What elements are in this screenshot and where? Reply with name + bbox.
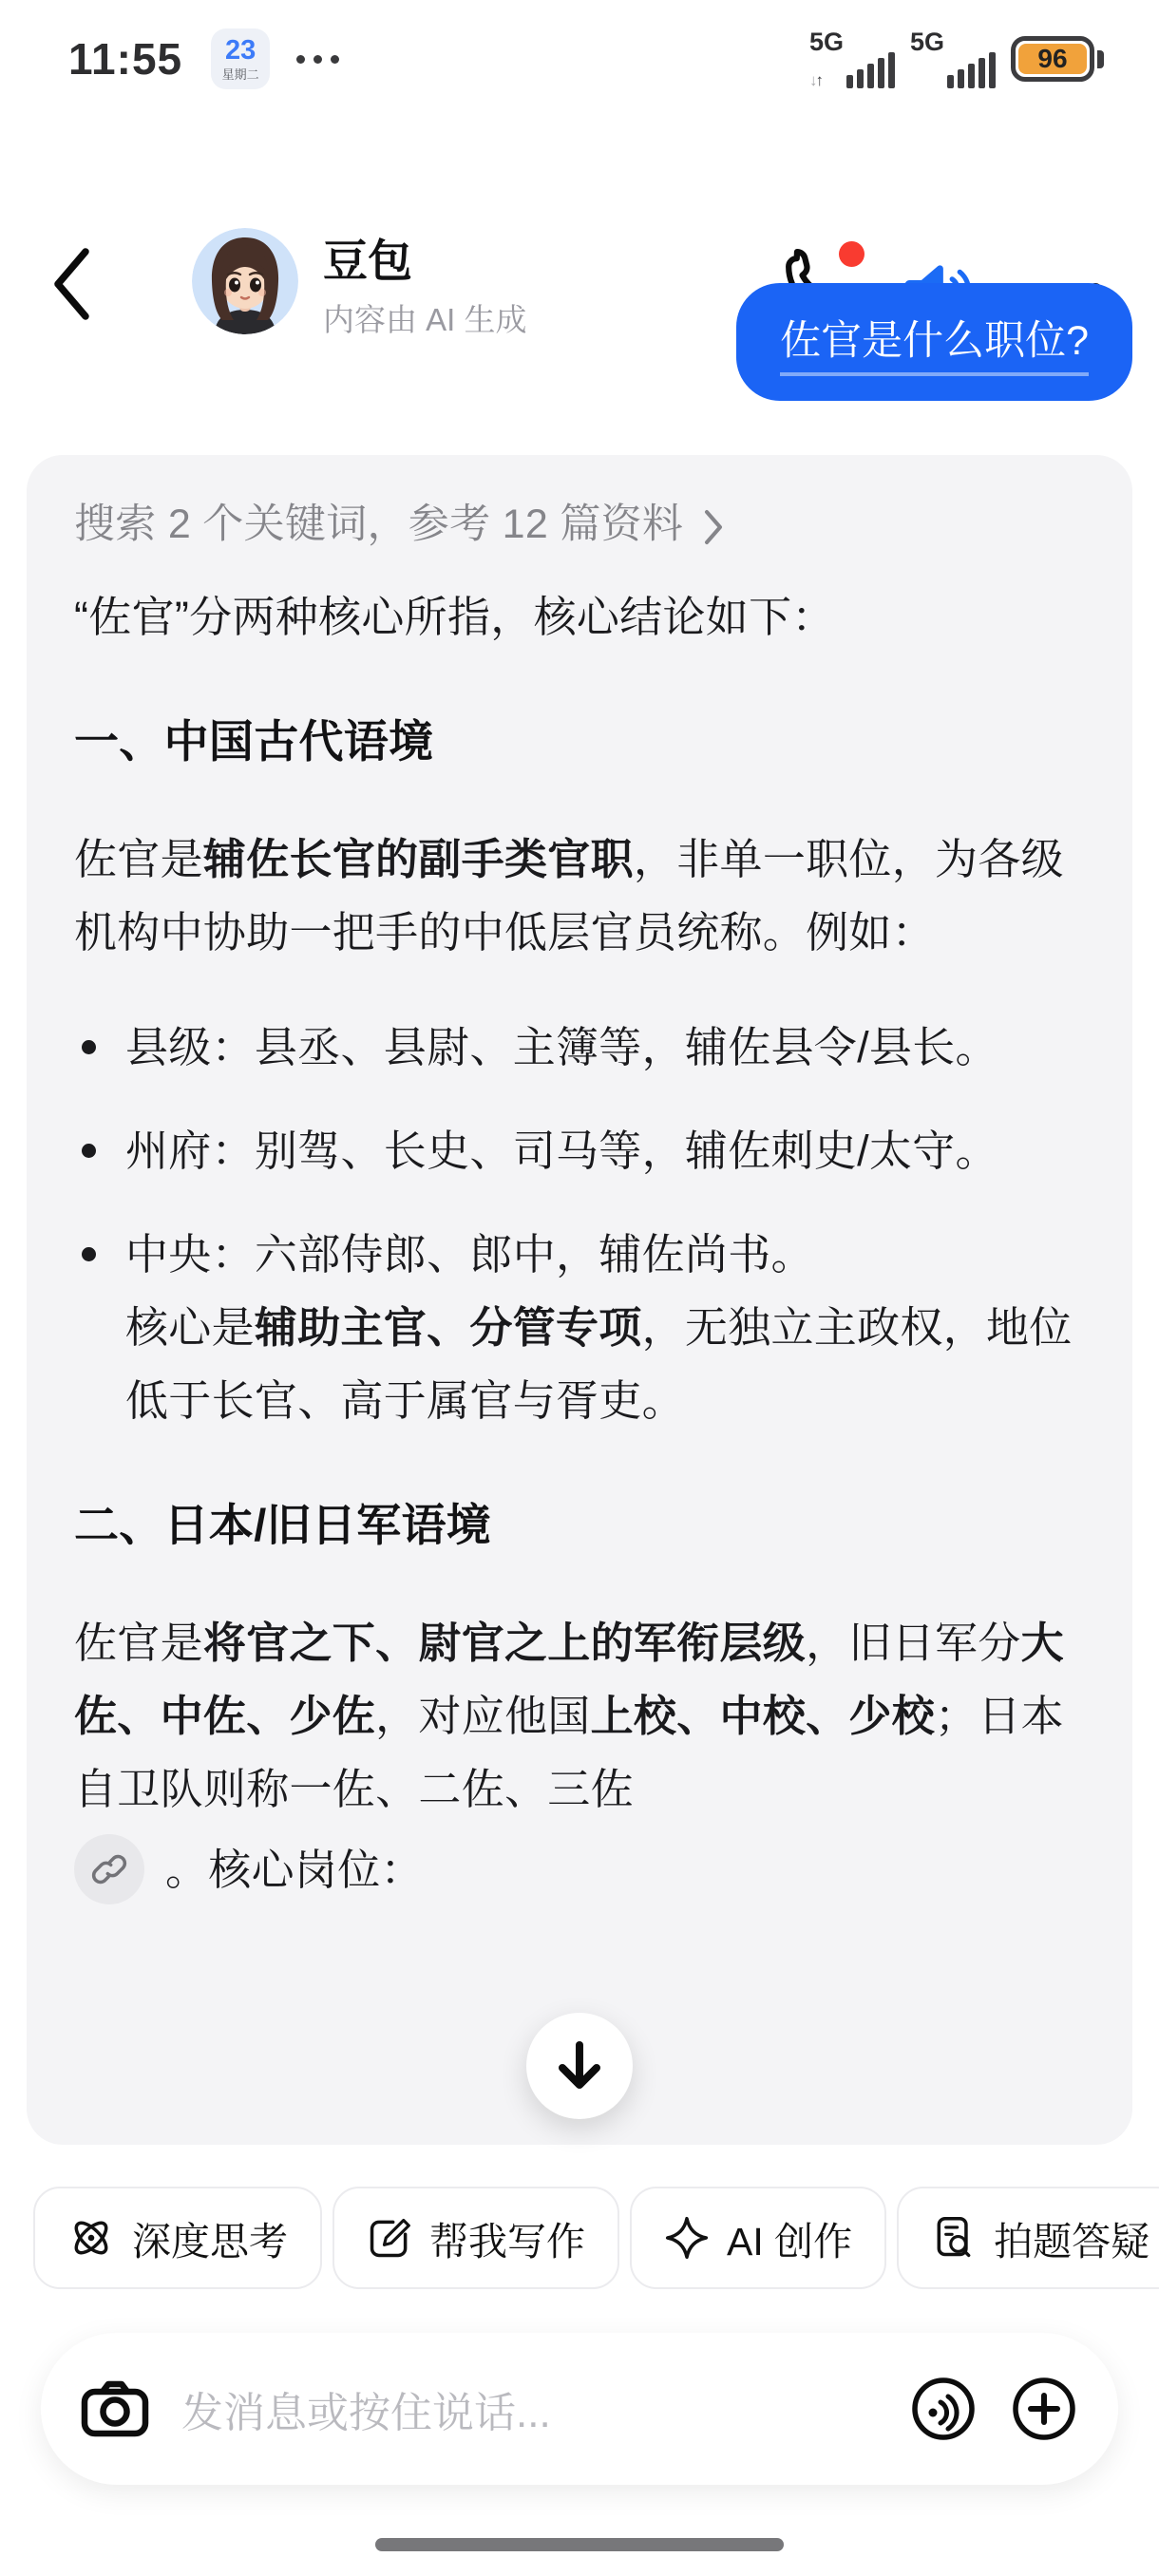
assistant-avatar[interactable] — [192, 228, 298, 334]
user-message-bubble[interactable]: 佐官是什么职位? — [736, 283, 1132, 401]
assistant-name: 豆包 — [323, 236, 527, 287]
chat-header: 豆包 内容由 AI 生成 — [0, 104, 1159, 264]
search-sources-row[interactable]: 搜索 2 个关键词，参考 12 篇资料 — [74, 501, 1085, 550]
voice-wave-icon[interactable] — [909, 2375, 978, 2443]
chip-ai-create[interactable]: AI 创作 — [630, 2187, 886, 2289]
signal-sim1-icon: 5G ↓↑ — [809, 29, 895, 88]
answer-continuation-text: 。核心岗位： — [165, 1833, 424, 1906]
back-chevron-icon — [49, 245, 93, 323]
bullet-list: 县级：县丞、县尉、主簿等，辅佐县令/县长。州府：别驾、长史、司马等，辅佐刺史/太… — [74, 1011, 1085, 1437]
search-summary-text: 搜索 2 个关键词，参考 12 篇资料 — [74, 501, 683, 550]
chip-deep-think[interactable]: 深度思考 — [33, 2187, 322, 2289]
arrow-down-icon — [557, 2039, 602, 2093]
battery-icon: 96 — [1011, 36, 1104, 82]
user-message-text: 佐官是什么职位? — [780, 318, 1089, 376]
scroll-to-bottom-button[interactable] — [526, 2013, 633, 2119]
card-paragraph: 佐官是辅佐长官的副手类官职，非单一职位，为各级机构中协助一把手的中低层官员统称。… — [74, 823, 1085, 969]
scan-doc-icon — [931, 2215, 977, 2261]
plus-icon[interactable] — [1010, 2375, 1078, 2443]
assistant-answer-card: 搜索 2 个关键词，参考 12 篇资料 “佐官”分两种核心所指，核心结论如下：一… — [27, 455, 1132, 2145]
back-button[interactable] — [49, 245, 93, 323]
chevron-right-icon — [704, 509, 725, 545]
quick-actions-row: 深度思考 帮我写作 AI 创作 拍题答疑 — [33, 2187, 1159, 2289]
bullet-item: 中央：六部侍郎、郎中，辅佐尚书。 核心是辅助主官、分管专项，无独立主政权，地位低… — [74, 1218, 1085, 1437]
card-paragraph: “佐官”分两种核心所指，核心结论如下： — [74, 580, 1085, 653]
calendar-weekday: 星期二 — [222, 68, 259, 81]
citation-link-button[interactable] — [74, 1834, 144, 1904]
edit-icon — [367, 2215, 412, 2261]
sim2-5g-label: 5G — [910, 29, 944, 55]
signal-sim2-icon: 5G — [910, 29, 996, 88]
calendar-day: 23 — [225, 37, 256, 65]
more-notifications-icon — [296, 55, 339, 64]
net-up-arrow-icon: ↑ — [815, 71, 822, 89]
bullet-item: 县级：县丞、县尉、主簿等，辅佐县令/县长。 — [74, 1011, 1085, 1084]
section-heading: 一、中国古代语境 — [74, 709, 1085, 775]
message-input-bar[interactable]: 发消息或按住说话... — [41, 2333, 1118, 2485]
chip-label: AI 创作 — [727, 2210, 852, 2266]
link-icon — [90, 1850, 128, 1888]
camera-icon[interactable] — [81, 2379, 149, 2438]
chip-label: 深度思考 — [132, 2210, 288, 2266]
chip-label: 拍题答疑 — [994, 2210, 1149, 2266]
chip-photo-solve[interactable]: 拍题答疑 — [897, 2187, 1159, 2289]
status-bar: 11:55 23 星期二 5G ↓↑ 5G 96 — [0, 0, 1159, 104]
sparkle-icon — [664, 2215, 710, 2261]
atom-icon — [67, 2214, 115, 2262]
chip-label: 帮我写作 — [429, 2210, 585, 2266]
home-indicator[interactable] — [375, 2538, 784, 2551]
card-paragraph: 佐官是将官之下、尉官之上的军衔层级，旧日军分大佐、中佐、少佐，对应他国上校、中校… — [74, 1606, 1085, 1826]
clock: 11:55 — [68, 33, 182, 85]
ai-generated-disclaimer: 内容由 AI 生成 — [323, 295, 527, 340]
answer-body: “佐官”分两种核心所指，核心结论如下：一、中国古代语境佐官是辅佐长官的副手类官职… — [74, 580, 1085, 1826]
call-notification-dot — [839, 241, 864, 267]
battery-percent: 96 — [1037, 44, 1067, 74]
avatar-girl-illustration — [192, 228, 298, 334]
answer-last-line: 。核心岗位： — [74, 1833, 1085, 1906]
bullet-item: 州府：别驾、长史、司马等，辅佐刺史/太守。 — [74, 1114, 1085, 1187]
section-heading: 二、日本/旧日军语境 — [74, 1492, 1085, 1559]
calendar-widget: 23 星期二 — [211, 28, 270, 89]
chip-help-me-write[interactable]: 帮我写作 — [332, 2187, 619, 2289]
message-input[interactable]: 发消息或按住说话... — [181, 2378, 877, 2439]
sim1-5g-label: 5G — [809, 29, 844, 55]
